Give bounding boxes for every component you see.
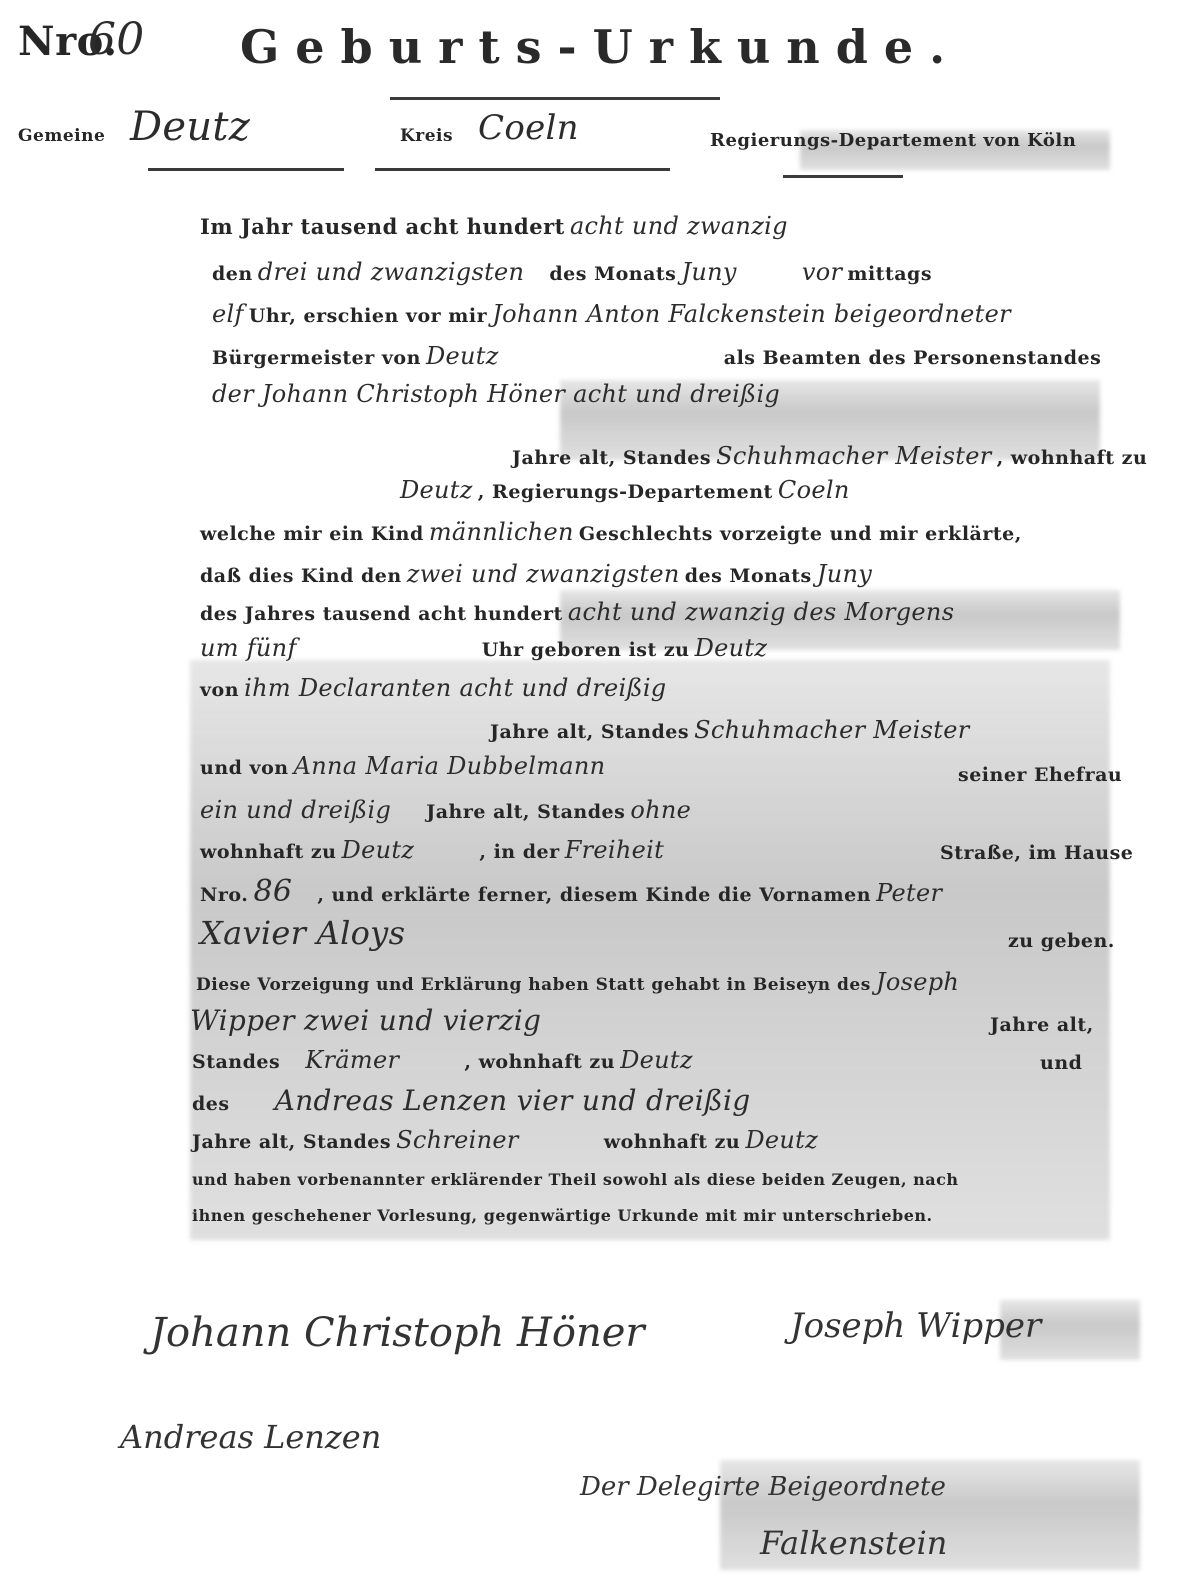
body-line-23: Jahre alt, Standes Schreiner wohnhaft zu…	[192, 1126, 1092, 1154]
body-line-20: Wipper zwei und vierzig	[190, 1004, 541, 1037]
body-line-22: des Andreas Lenzen vier und dreißig	[192, 1084, 750, 1117]
body-line-3: elf Uhr, erschien vor mir Johann Anton F…	[212, 300, 1011, 328]
body-line-24: und haben vorbenannter erklärender Theil…	[192, 1170, 959, 1189]
body-line-15: ein und dreißig Jahre alt, Standes ohne	[200, 796, 691, 824]
body-line-4: Bürgermeister von Deutz als Beamten des …	[212, 342, 1112, 370]
body-line-9: daß dies Kind den zwei und zwanzigsten d…	[200, 560, 872, 588]
body-line-7: Deutz , Regierungs-Departement Coeln	[400, 476, 850, 504]
body-line-6: Jahre alt, Standes Schuhmacher Meister ,…	[512, 442, 1147, 470]
body-line-5: der Johann Christoph Höner acht und drei…	[212, 380, 780, 408]
divider	[375, 168, 670, 171]
body-line-11: um fünf Uhr geboren ist zu Deutz	[200, 634, 1100, 662]
gemeine-value: Deutz	[130, 104, 250, 150]
signature-witness-2: Andreas Lenzen	[120, 1418, 381, 1456]
body-line-20-end: Jahre alt,	[990, 1014, 1094, 1036]
kreis-label: Kreis	[400, 126, 453, 146]
body-line-2: den drei und zwanzigsten des Monats Juny…	[212, 258, 1112, 286]
body-line-18: Xavier Aloys	[200, 914, 405, 952]
body-line-25: ihnen geschehener Vorlesung, gegenwärtig…	[192, 1206, 933, 1225]
gemeine-label: Gemeine	[18, 126, 105, 146]
record-number-value: 60	[88, 14, 145, 65]
signature-declarant: Johann Christoph Höner	[150, 1310, 645, 1356]
signature-official-title: Der Delegirte Beigeordnete	[580, 1472, 946, 1502]
body-line-21: Standes Krämer , wohnhaft zu Deutz	[192, 1046, 1092, 1074]
divider	[390, 97, 720, 100]
divider	[783, 175, 903, 178]
body-line-1: Im Jahr tausend acht hundert acht und zw…	[200, 212, 788, 240]
regierung-label: Regierungs-Departement von Köln	[710, 130, 1076, 151]
document-title: Geburts-Urkunde.	[240, 20, 961, 74]
body-line-8: welche mir ein Kind männlichen Geschlech…	[200, 518, 1022, 546]
signature-official-name: Falkenstein	[760, 1524, 947, 1562]
body-line-13: Jahre alt, Standes Schuhmacher Meister	[490, 716, 969, 744]
body-line-14-end: seiner Ehefrau	[958, 764, 1122, 786]
signature-witness-1: Joseph Wipper	[790, 1306, 1041, 1346]
body-line-18-end: zu geben.	[1008, 930, 1115, 952]
body-line-16-end: Straße, im Hause	[940, 842, 1133, 864]
body-line-10: des Jahres tausend acht hundert acht und…	[200, 598, 954, 626]
body-line-21-end: und	[1040, 1052, 1082, 1074]
body-line-12: von ihm Declaranten acht und dreißig	[200, 674, 666, 702]
divider	[148, 168, 344, 171]
body-line-19: Diese Vorzeigung und Erklärung haben Sta…	[196, 968, 959, 996]
body-line-17: Nro. 86 , und erklärte ferner, diesem Ki…	[200, 874, 1100, 909]
kreis-value: Coeln	[478, 108, 579, 148]
